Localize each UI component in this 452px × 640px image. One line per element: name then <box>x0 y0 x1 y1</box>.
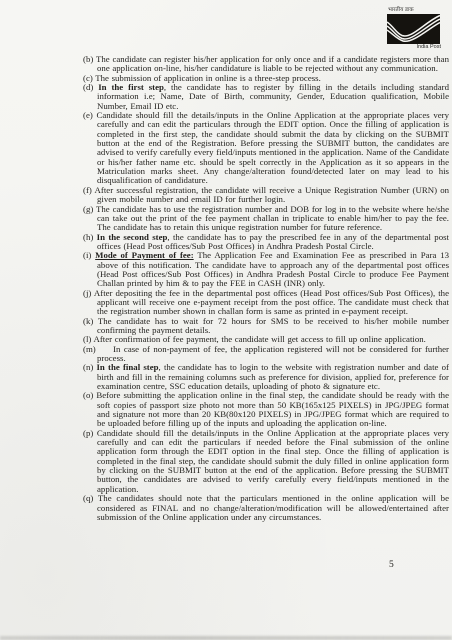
item-text: The candidate can register his/her appli… <box>96 54 449 73</box>
list-item-d: (d) In the first step, the candidate has… <box>83 83 449 111</box>
list-item-q: (q) The candidates should note that the … <box>83 494 449 522</box>
list-item-i: (i) Mode of Payment of fee: The Applicat… <box>83 251 449 288</box>
item-label: (p) <box>83 428 93 438</box>
item-text: Before submitting the application online… <box>96 390 449 428</box>
list-item-b: (b) The candidate can register his/her a… <box>83 55 449 74</box>
list-item-m: (m) In case of non-payment of fee, the a… <box>83 345 449 364</box>
item-label: (d) <box>83 82 93 92</box>
list-item-k: (k) The candidate has to wait for 72 hou… <box>83 317 449 336</box>
page-number: 5 <box>389 560 394 570</box>
scanned-document-page: भारतीय डाक India Post (b) The candidate … <box>0 0 452 640</box>
item-label: (i) <box>83 250 91 260</box>
document-body: (b) The candidate can register his/her a… <box>83 55 449 522</box>
item-label: (h) <box>83 232 93 242</box>
item-label: (q) <box>83 493 93 503</box>
logo-english-text: India Post <box>386 44 442 51</box>
item-label: (g) <box>83 204 93 214</box>
item-label: (o) <box>83 390 93 400</box>
india-post-logo: भारतीय डाक India Post <box>386 6 442 51</box>
list-item-h: (h) In the second step, the candidate ha… <box>83 233 449 252</box>
item-text: Candidate should fill the details/inputs… <box>96 110 449 185</box>
item-label: (m) <box>83 344 96 354</box>
list-item-f: (f) After successful registration, the c… <box>83 186 449 205</box>
item-text: In case of non-payment of fee, the appli… <box>97 344 449 363</box>
item-label: (k) <box>83 316 93 326</box>
item-label: (b) <box>83 54 93 64</box>
scan-edge-artifact <box>0 636 452 640</box>
list-item-g: (g) The candidate has to use the registr… <box>83 205 449 233</box>
item-label: (j) <box>83 288 91 298</box>
item-label: (f) <box>83 185 92 195</box>
item-text: The candidate has to use the registratio… <box>96 204 449 233</box>
india-post-logo-icon <box>387 14 440 44</box>
item-text: The candidates should note that the part… <box>97 493 449 522</box>
item-label: (e) <box>83 110 93 120</box>
list-item-o: (o) Before submitting the application on… <box>83 391 449 428</box>
list-item-p: (p) Candidate should fill the details/in… <box>83 429 449 494</box>
item-text: After successful registration, the candi… <box>95 185 449 204</box>
item-text: Candidate should fill the details/inputs… <box>97 428 449 494</box>
item-text: The candidate has to wait for 72 hours f… <box>97 316 449 335</box>
list-item-n: (n) In the final step, the candidate has… <box>83 363 449 391</box>
list-item-e: (e) Candidate should fill the details/in… <box>83 111 449 186</box>
list-item-j: (j) After depositing the fee in the depa… <box>83 289 449 317</box>
item-label: (n) <box>83 362 93 372</box>
item-text: After depositing the fee in the departme… <box>94 288 449 317</box>
logo-hindi-text: भारतीय डाक <box>386 6 442 14</box>
